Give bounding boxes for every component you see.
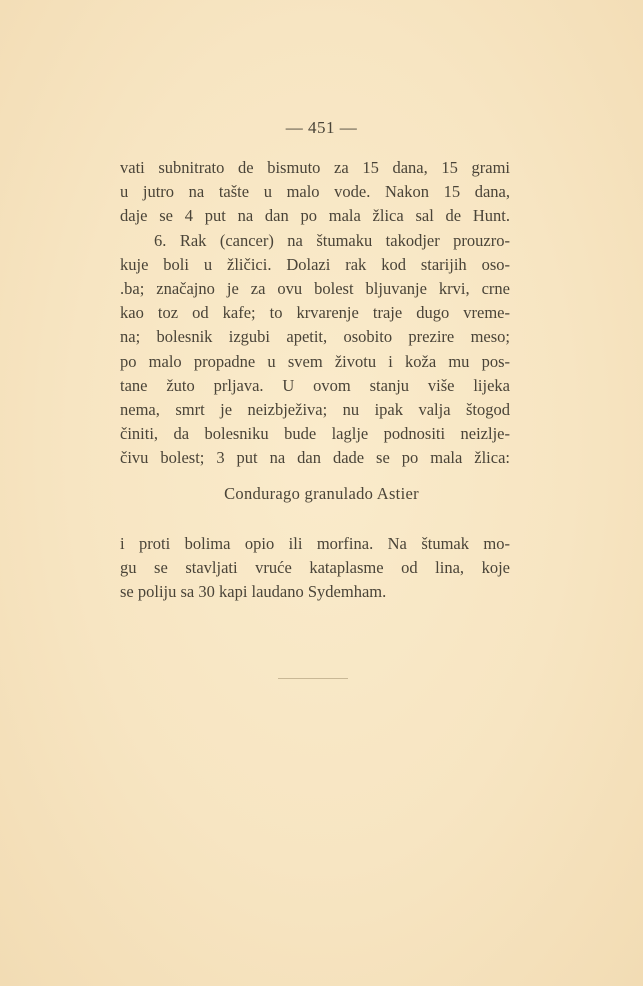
text-line: i proti bolima opio ili morfina. Na štum…: [120, 532, 510, 556]
body-text-continued: i proti bolima opio ili morfina. Na štum…: [120, 532, 510, 605]
remedy-name: Condurago granulado Astier: [0, 484, 643, 504]
section-divider: [278, 678, 348, 679]
text-line: čivu bolest; 3 put na dan dade se po mal…: [120, 446, 510, 470]
text-line: tane žuto prljava. U ovom stanju više li…: [120, 374, 510, 398]
text-line: vati subnitrato de bismuto za 15 dana, 1…: [120, 156, 510, 180]
text-line: na; bolesnik izgubi apetit, osobito prez…: [120, 325, 510, 349]
body-text: vati subnitrato de bismuto za 15 dana, 1…: [120, 156, 510, 471]
text-line: činiti, da bolesniku bude laglje podnosi…: [120, 422, 510, 446]
text-line: po malo propadne u svem životu i koža mu…: [120, 350, 510, 374]
text-line: 6. Rak (cancer) na štumaku takodjer prou…: [120, 229, 510, 253]
book-page: — 451 — vati subnitrato de bismuto za 15…: [0, 0, 643, 986]
text-line: u jutro na tašte u malo vode. Nakon 15 d…: [120, 180, 510, 204]
text-line: kuje boli u žličici. Dolazi rak kod star…: [120, 253, 510, 277]
text-line: .ba; značajno je za ovu bolest bljuvanje…: [120, 277, 510, 301]
page-number: — 451 —: [0, 118, 643, 138]
text-line: kao toz od kafe; to krvarenje traje dugo…: [120, 301, 510, 325]
text-line: daje se 4 put na dan po mala žlica sal d…: [120, 204, 510, 228]
text-line: nema, smrt je neizbježiva; nu ipak valja…: [120, 398, 510, 422]
text-line: se poliju sa 30 kapi laudano Sydemham.: [120, 580, 510, 604]
text-line: gu se stavljati vruće kataplasme od lina…: [120, 556, 510, 580]
